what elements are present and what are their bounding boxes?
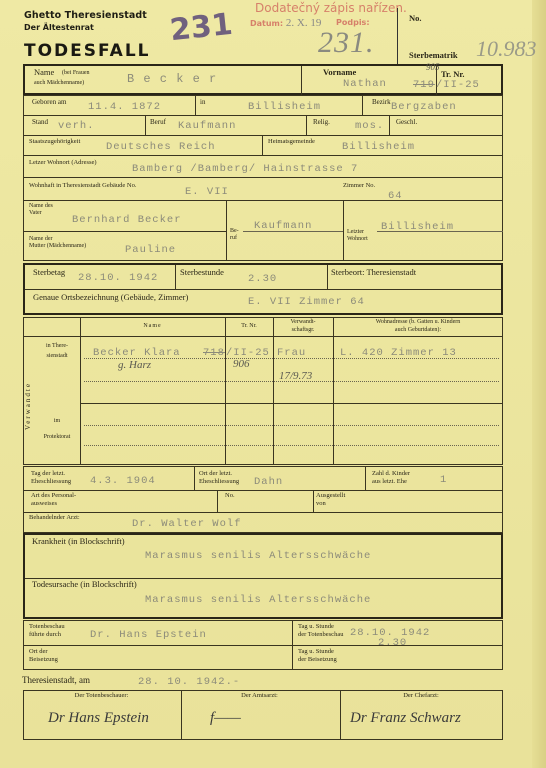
- ausweis-art-label-1: Art des Personal-: [31, 492, 76, 499]
- divider: [23, 135, 503, 136]
- staatszugehoerigkeit-value: Deutsches Reich: [106, 141, 216, 153]
- eheschliessung-ort-label: Ort der letzt.Eheschliessung: [199, 470, 239, 486]
- signature-chefarzt: Dr Franz Schwarz: [350, 710, 461, 727]
- sterbematrik-value: 10.983: [476, 36, 537, 62]
- org-subtitle: Der Ältestenrat: [24, 23, 94, 32]
- group1-label-2: sienstadt: [47, 353, 68, 359]
- ausweis-art-label: Art des Personal-ausweises: [31, 492, 76, 508]
- signature-label-chefarzt: Der Chefarzt:: [339, 692, 503, 700]
- bs-tag-label-2: der Beisetzung: [298, 656, 337, 663]
- krankheit-label: Krankheit (in Blockschrift): [32, 537, 125, 546]
- signature-amtsarzt: f——: [210, 710, 241, 727]
- divider: [292, 620, 293, 670]
- totenbeschau-tag-label: Tag u. Stundeder Totenbeschau: [298, 623, 343, 639]
- mutter-value: Pauline: [125, 244, 176, 256]
- relative-name: Becker Klara: [93, 347, 181, 359]
- arzt-label: Behandelnder Arzt:: [29, 514, 80, 522]
- col-address-header-1: Wohnadresse (b. Gatten u. Kindern: [376, 319, 461, 325]
- divider: [80, 403, 503, 404]
- todesursache-label: Todesursache (in Blockschrift): [32, 580, 137, 589]
- beisetzung-label-1: Ort der: [29, 648, 48, 655]
- dotted-line: [84, 445, 499, 446]
- sterbestunde-label: Sterbestunde: [180, 268, 224, 277]
- stamped-number: 231: [168, 7, 234, 48]
- divider: [226, 200, 227, 261]
- geboren-in-value: Billisheim: [248, 101, 321, 113]
- tb-tag-label-2: der Totenbeschau: [298, 631, 343, 638]
- dotted-line: [84, 425, 499, 426]
- tag-label-1: Tag der letzt.: [31, 470, 65, 477]
- divider: [301, 66, 302, 95]
- ort-label-2: Eheschliessung: [199, 478, 239, 485]
- divider: [195, 95, 196, 115]
- tag-label-2: Eheschliessung: [31, 478, 71, 485]
- group2-label-2: Protektorat: [44, 434, 71, 440]
- bs-tag-label-1: Tag u. Stunde: [298, 648, 334, 655]
- col-verw-header-2: schaftsgr.: [292, 327, 315, 333]
- place-date-label: Theresienstadt, am: [22, 676, 90, 685]
- letzter-wohnort-label: Letzer Wohnort (Adresse): [29, 159, 97, 167]
- pencil-number: 231.: [318, 26, 375, 60]
- vater-label-2: Vater: [29, 210, 42, 216]
- group1-label-1: in There-: [46, 343, 68, 349]
- beisetzung-tag-label: Tag u. Stundeder Beisetzung: [298, 648, 337, 664]
- eheschliessung-ort-value: Dahn: [254, 476, 283, 488]
- vorname-label: Vorname: [323, 68, 356, 77]
- mutter-label: Name derMutter (Mädchenname): [29, 236, 86, 250]
- geboren-in-label: in: [200, 98, 205, 106]
- divider: [194, 466, 195, 490]
- relig-value: mos.: [355, 120, 384, 132]
- place-date-value: 28. 10. 1942.-: [138, 676, 240, 688]
- ausweis-ausgestellt-label: Ausgestelltvon: [316, 492, 345, 508]
- ort-label-1: Ort der letzt.: [199, 470, 232, 477]
- totenbeschau-label: Totenbeschauführte durch: [29, 623, 65, 639]
- kinder-label-1: Zahl d. Kinder: [372, 470, 410, 477]
- org-name: Ghetto Theresienstadt: [24, 10, 147, 21]
- divider: [23, 177, 503, 178]
- divider: [23, 645, 503, 646]
- col-verw-header: Verwandt-schaftsgr.: [273, 318, 333, 334]
- vorname-value: Nathan: [343, 78, 387, 90]
- divider: [23, 200, 503, 201]
- tb-tag-label-1: Tag u. Stunde: [298, 623, 334, 630]
- ausweis-art-label-2: ausweises: [31, 500, 57, 507]
- totenbeschau-value: Dr. Hans Epstein: [90, 629, 207, 641]
- eltern-wohnort-label-2: Wohnort: [347, 236, 368, 242]
- divider: [313, 490, 314, 512]
- krankheit-value: Marasmus senilis Altersschwäche: [145, 550, 371, 562]
- ausgestellt-label-1: Ausgestellt: [316, 492, 345, 499]
- bezirk-value: Bergzaben: [391, 101, 457, 113]
- form-title: TODESFALL: [24, 41, 151, 61]
- eltern-wohnort-label: LetzterWohnort: [347, 229, 368, 243]
- mutter-label-1: Name der: [29, 236, 53, 242]
- divider: [343, 200, 344, 261]
- divider: [175, 265, 176, 289]
- col-name-header: Name: [80, 322, 225, 330]
- divider: [145, 115, 146, 135]
- signature-label-amtsarzt: Der Amtsarzt:: [180, 692, 339, 700]
- name-label: Name: [34, 68, 54, 77]
- arzt-value: Dr. Walter Wolf: [132, 518, 242, 530]
- eltern-beruf-label: Be-ruf: [230, 228, 239, 242]
- paper-edge: [532, 0, 546, 768]
- geboren-am-label: Geboren am: [32, 98, 66, 106]
- vater-value: Bernhard Becker: [72, 214, 182, 226]
- kinder-label: Zahl d. Kinderaus letzt. Ehe: [372, 470, 410, 486]
- divider: [306, 115, 307, 135]
- stand-value: verh.: [58, 120, 95, 132]
- divider: [23, 115, 503, 116]
- sterbematrik-label: Sterbematrik: [409, 50, 458, 60]
- kinder-label-2: aus letzt. Ehe: [372, 478, 407, 485]
- geboren-am-value: 11.4. 1872: [88, 101, 161, 113]
- eltern-beruf-value: Kaufmann: [254, 220, 312, 232]
- bezirk-label: Bezirk: [372, 98, 391, 106]
- red-stamp-text: Dodatečný zápis nařízen.: [255, 1, 407, 15]
- sterbestunde-value: 2.30: [248, 273, 277, 285]
- trnr-struck: 719: [413, 79, 435, 91]
- beruf-value: Kaufmann: [178, 120, 236, 132]
- wohnhaft-value: E. VII: [185, 186, 229, 198]
- ausgestellt-label-2: von: [316, 500, 326, 507]
- vater-label-1: Name des: [29, 203, 53, 209]
- totenbeschau-time-value: 2.30: [378, 637, 407, 649]
- divider: [217, 490, 218, 512]
- vater-label: Name desVater: [29, 203, 53, 217]
- ortsbezeichnung-value: E. VII Zimmer 64: [248, 296, 365, 308]
- mutter-label-2: Mutter (Mädchenname): [29, 243, 86, 249]
- eheschliessung-tag-label: Tag der letzt.Eheschliessung: [31, 470, 71, 486]
- col-address-header-2: auch Geburtdaten):: [395, 327, 441, 333]
- stand-label: Stand: [32, 118, 48, 126]
- no-label: No.: [409, 13, 422, 23]
- trnr-label: Tr. Nr.: [441, 70, 465, 79]
- divider: [397, 8, 398, 64]
- trnr-correction: 905: [426, 62, 440, 72]
- eltern-wohnort-value: Billisheim: [381, 221, 454, 233]
- ausweis-no-label: No.: [225, 492, 235, 500]
- relative-address: L. 420 Zimmer 13: [340, 347, 457, 359]
- heimatsgemeinde-label: Heimatsgemeinde: [268, 138, 315, 146]
- personal-data-block: [23, 95, 503, 261]
- zimmer-label: Zimmer No.: [343, 182, 375, 190]
- divider: [23, 512, 503, 513]
- relative-verw: Frau: [277, 347, 306, 359]
- divider: [23, 336, 503, 337]
- name-sublabel-2: auch Mädchenname): [34, 79, 84, 87]
- relative-trnr-struck: 718: [203, 347, 225, 359]
- red-stamp-datum: Datum: 2. X. 19: [250, 17, 321, 29]
- group2-label-1: im: [54, 418, 60, 424]
- zimmer-value: 64: [388, 190, 403, 202]
- divider: [262, 135, 263, 155]
- divider: [25, 289, 501, 290]
- sterbetag-value: 28.10. 1942: [78, 272, 158, 284]
- relative-verw-note: 17/9.73: [279, 370, 312, 382]
- relatives-table: [23, 317, 503, 465]
- staatszugehoerigkeit-label: Staatszugehörigkeit: [29, 138, 80, 146]
- group-protektorat-label: imProtektorat: [34, 413, 80, 445]
- eheschliessung-tag-value: 4.3. 1904: [90, 475, 156, 487]
- kinder-value: 1: [440, 474, 447, 486]
- eltern-beruf-label-1: Be-: [230, 228, 239, 234]
- relative-trnr-note: 906: [233, 358, 250, 370]
- name-value: B e c k e r: [127, 72, 217, 86]
- ortsbezeichnung-label: Genaue Ortsbezeichnung (Gebäude, Zimmer): [33, 293, 188, 302]
- col-address-header: Wohnadresse (b. Gatten u. Kindernauch Ge…: [333, 318, 503, 334]
- beisetzung-ort-label: Ort derBeisetzung: [29, 648, 58, 664]
- totenbeschau-label-1: Totenbeschau: [29, 623, 65, 630]
- divider: [327, 265, 328, 289]
- relig-label: Relig.: [313, 118, 330, 126]
- col-verw-header-1: Verwandt-: [291, 319, 316, 325]
- divider: [389, 115, 390, 135]
- divider: [23, 155, 503, 156]
- sterbetag-label: Sterbetag: [33, 268, 65, 277]
- datum-value: 2. X. 19: [286, 17, 321, 29]
- sterbeort-label: Sterbeort: Theresienstadt: [331, 268, 416, 277]
- divider: [23, 490, 503, 491]
- trnr-value: /II-25: [436, 79, 480, 91]
- letzter-wohnort-value: Bamberg /Bamberg/ Hainstrasse 7: [132, 163, 358, 175]
- totenbeschau-label-2: führte durch: [29, 631, 61, 638]
- wohnhaft-label: Wohnhaft in Theresienstadt Gebäude No.: [29, 182, 136, 190]
- divider: [23, 231, 226, 232]
- group-theresienstadt-label: in There-sienstadt: [34, 341, 80, 361]
- todesursache-value: Marasmus senilis Altersschwäche: [145, 594, 371, 606]
- divider: [80, 317, 81, 465]
- divider: [365, 466, 366, 490]
- divider: [362, 95, 363, 115]
- relative-name-note: g. Harz: [118, 359, 151, 371]
- geschl-label: Geschl.: [396, 118, 417, 126]
- divider: [225, 317, 226, 465]
- signature-label-totenbeschauer: Der Totenbeschauer:: [23, 692, 180, 700]
- datum-label: Datum:: [250, 19, 283, 28]
- beisetzung-label-2: Beisetzung: [29, 656, 58, 663]
- divider: [333, 317, 334, 465]
- divider: [273, 317, 274, 465]
- col-trnr-header: Tr. Nr.: [225, 322, 273, 330]
- eltern-beruf-label-2: ruf: [230, 235, 237, 241]
- signature-totenbeschauer: Dr Hans Epstein: [48, 710, 149, 727]
- beruf-label: Beruf: [150, 118, 166, 126]
- heimatsgemeinde-value: Billisheim: [342, 141, 415, 153]
- name-sublabel: (bei Frauen: [62, 69, 90, 77]
- eltern-wohnort-label-1: Letzter: [347, 229, 364, 235]
- verwandte-side-label: Verwandte: [24, 382, 32, 430]
